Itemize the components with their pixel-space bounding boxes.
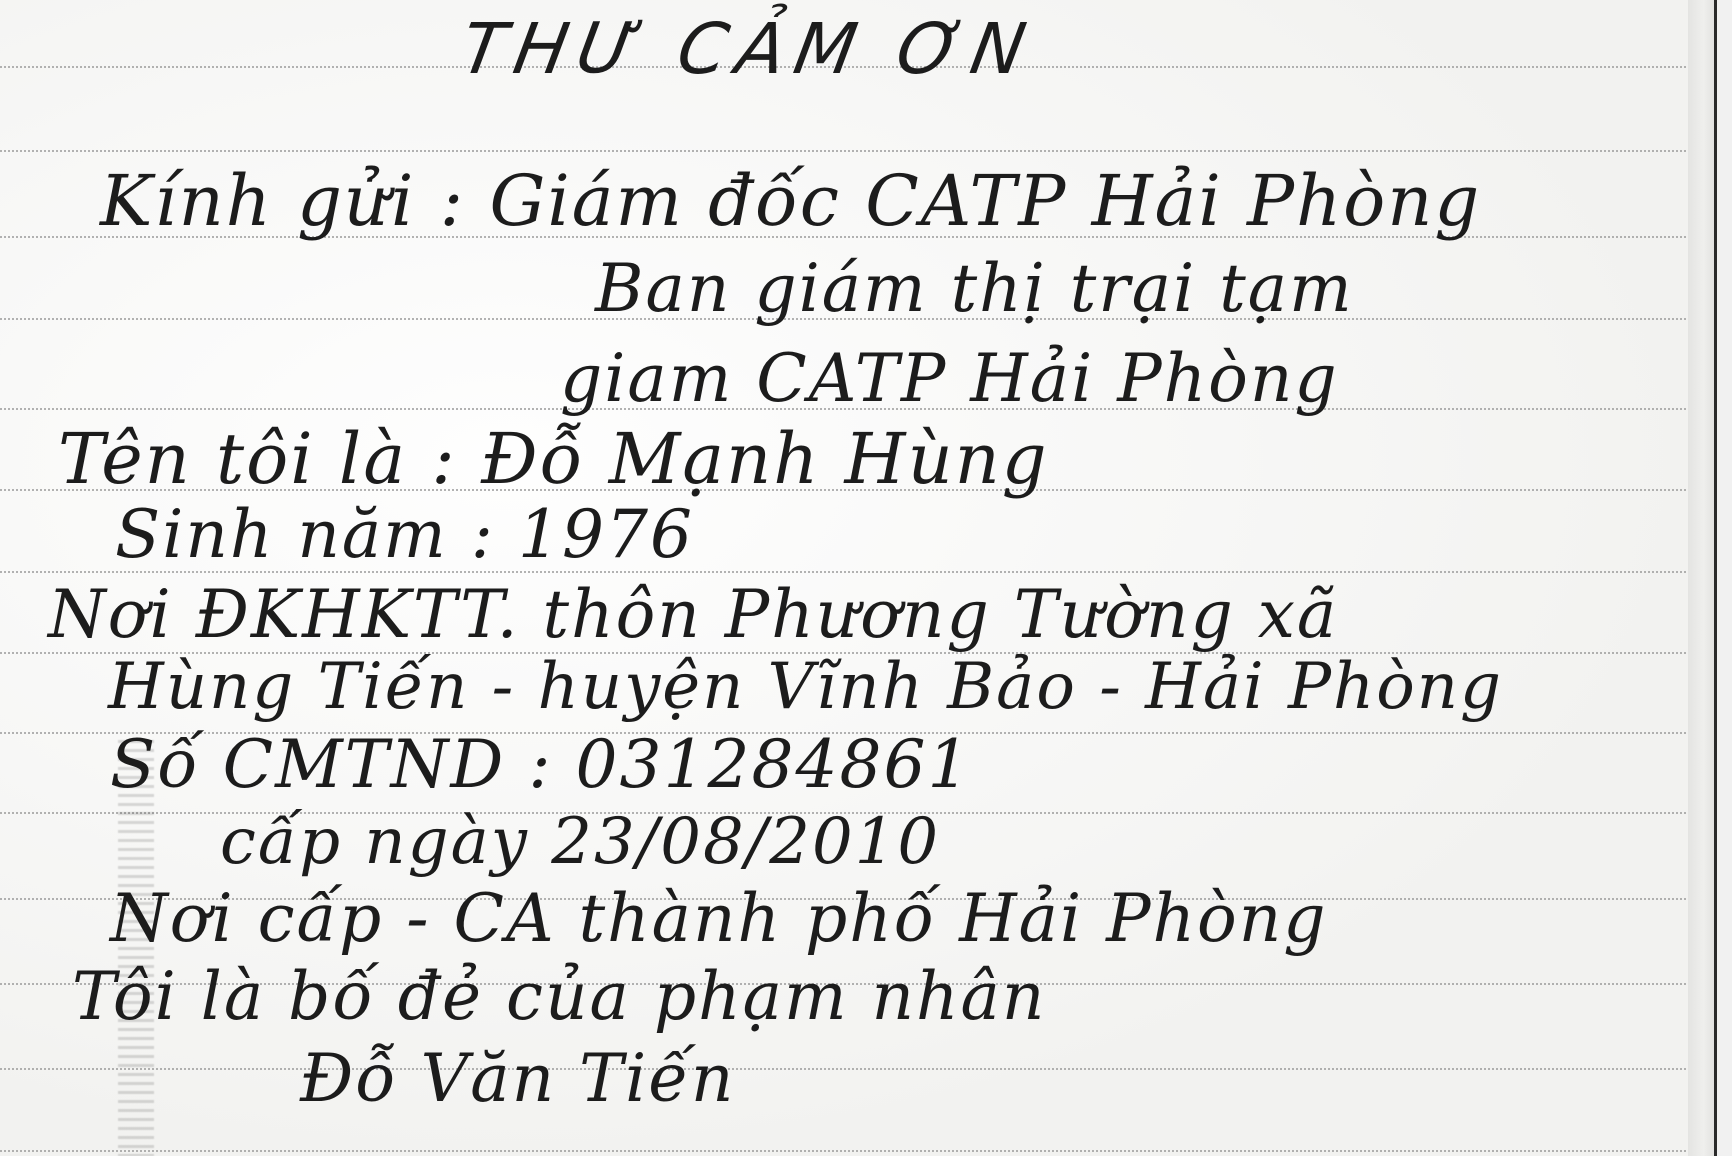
- issue-date-value: 23/08/2010: [551, 805, 940, 879]
- residence-value-2: Hùng Tiến - huyện Vĩnh Bảo - Hải Phòng: [108, 650, 1503, 724]
- residence-label: Nơi ĐKHKTT.: [48, 576, 520, 653]
- recipient-label: Kính gửi :: [100, 160, 465, 242]
- letter-line-recipient-2: Ban giám thị trại tạm: [595, 250, 1354, 327]
- recipient-value: Giám đốc CATP Hải Phòng: [489, 160, 1481, 242]
- ruled-line: [0, 1068, 1690, 1070]
- letter-line-birth-year: Sinh năm : 1976: [115, 496, 694, 573]
- letter-line-recipient-1: Kính gửi : Giám đốc CATP Hải Phòng: [100, 160, 1481, 242]
- letter-line-recipient-3: giam CATP Hải Phòng: [560, 340, 1339, 417]
- id-label: Số CMTND :: [110, 726, 553, 803]
- inmate-name-value: Đỗ Văn Tiến: [300, 1040, 735, 1117]
- scan-background: [1717, 0, 1732, 1156]
- letter-line-relation: Tôi là bố đẻ của phạm nhân: [72, 958, 1046, 1035]
- letter-line-issue-date: cấp ngày 23/08/2010: [220, 805, 940, 879]
- letter-line-id-number: Số CMTND : 031284861: [110, 726, 971, 803]
- issue-place-label: Nơi cấp -: [110, 880, 431, 957]
- id-value: 031284861: [576, 726, 972, 803]
- scanned-page: THƯ CẢM ƠN Kính gửi : Giám đốc CATP Hải …: [0, 0, 1732, 1156]
- letter-title: THƯ CẢM ƠN: [455, 8, 1041, 90]
- letter-line-issue-place: Nơi cấp - CA thành phố Hải Phòng: [110, 880, 1328, 957]
- name-value: Đỗ Mạnh Hùng: [481, 418, 1048, 500]
- issue-place-value: CA thành phố Hải Phòng: [454, 880, 1328, 957]
- residence-value: thôn Phương Tường xã: [543, 576, 1339, 653]
- letter-line-residence: Nơi ĐKHKTT. thôn Phương Tường xã: [48, 576, 1338, 653]
- issue-date-label: cấp ngày: [220, 805, 529, 879]
- letter-line-residence-2: Hùng Tiến - huyện Vĩnh Bảo - Hải Phòng: [108, 650, 1503, 724]
- recipient-value-3: giam CATP Hải Phòng: [560, 340, 1339, 417]
- name-label: Tên tôi là :: [58, 418, 457, 500]
- letter-line-inmate-name: Đỗ Văn Tiến: [300, 1040, 735, 1117]
- recipient-value-2: Ban giám thị trại tạm: [595, 250, 1354, 327]
- birth-year-label: Sinh năm :: [115, 496, 495, 573]
- relation-value: Tôi là bố đẻ của phạm nhân: [72, 958, 1046, 1035]
- paper-sheet: THƯ CẢM ƠN Kính gửi : Giám đốc CATP Hải …: [0, 0, 1688, 1156]
- ruled-line: [0, 1150, 1690, 1152]
- letter-line-name: Tên tôi là : Đỗ Mạnh Hùng: [58, 418, 1049, 500]
- birth-year-value: 1976: [518, 496, 694, 573]
- ruled-line: [0, 150, 1690, 152]
- page-edge-strip: [1688, 0, 1714, 1156]
